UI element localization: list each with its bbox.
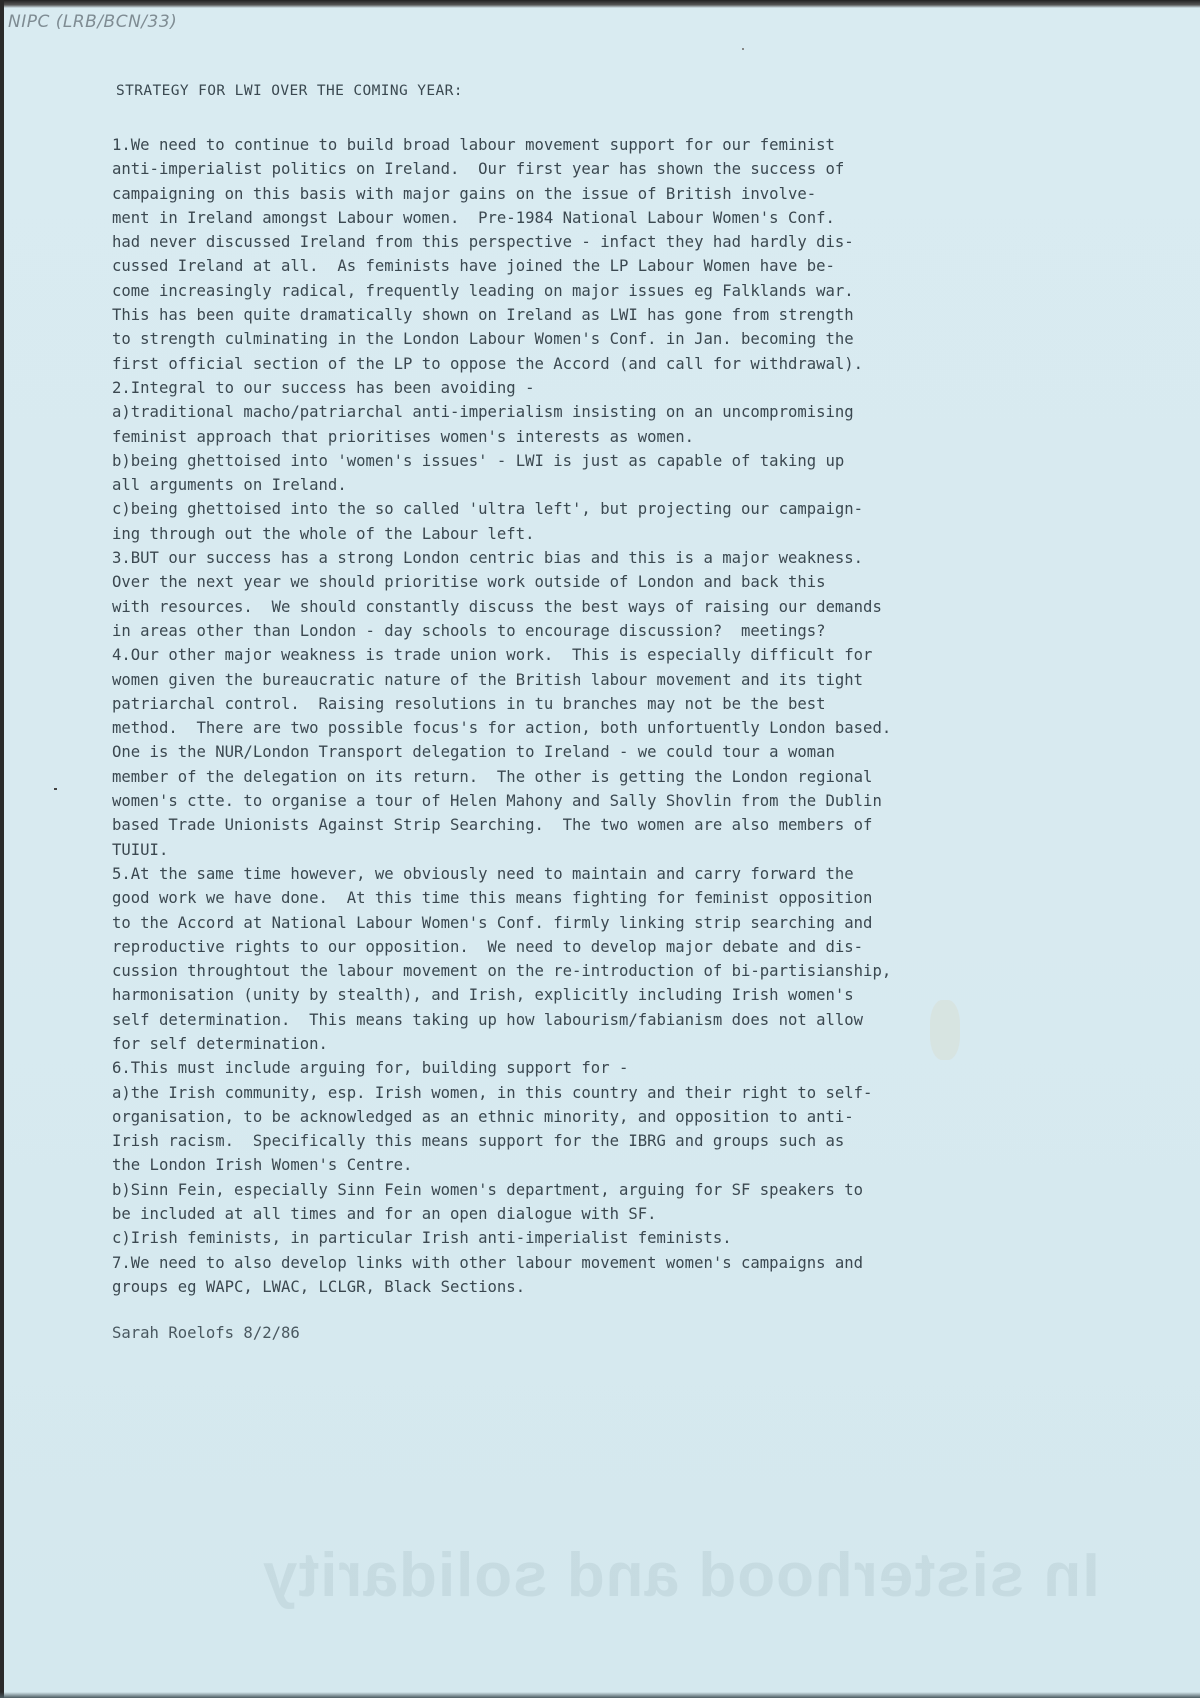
text-line: first official section of the LP to oppo… [112,352,1152,376]
text-line: a)traditional macho/patriarchal anti-imp… [112,400,1152,424]
text-line: the London Irish Women's Centre. [112,1153,1152,1177]
signature: Sarah Roelofs 8/2/86 [112,1324,300,1342]
text-line: to the Accord at National Labour Women's… [112,911,1152,935]
text-line: patriarchal control. Raising resolutions… [112,692,1152,716]
text-line: campaigning on this basis with major gai… [112,182,1152,206]
text-line: in areas other than London - day schools… [112,619,1152,643]
text-line: come increasingly radical, frequently le… [112,279,1152,303]
text-line: This has been quite dramatically shown o… [112,303,1152,327]
text-line: ing through out the whole of the Labour … [112,522,1152,546]
text-line: Irish racism. Specifically this means su… [112,1129,1152,1153]
text-line: 3.BUT our success has a strong London ce… [112,546,1152,570]
text-line: feminist approach that prioritises women… [112,425,1152,449]
text-line: b)being ghettoised into 'women's issues'… [112,449,1152,473]
text-line: had never discussed Ireland from this pe… [112,230,1152,254]
text-line: b)Sinn Fein, especially Sinn Fein women'… [112,1178,1152,1202]
text-line: for self determination. [112,1032,1152,1056]
text-line: all arguments on Ireland. [112,473,1152,497]
text-line: 7.We need to also develop links with oth… [112,1251,1152,1275]
text-line: cussed Ireland at all. As feminists have… [112,254,1152,278]
text-line: organisation, to be acknowledged as an e… [112,1105,1152,1129]
text-line: self determination. This means taking up… [112,1008,1152,1032]
scan-bottom-edge [0,1692,1200,1698]
scanned-page: NIPC (LRB/BCN/33) STRATEGY FOR LWI OVER … [0,0,1200,1698]
text-line: member of the delegation on its return. … [112,765,1152,789]
text-line: to strength culminating in the London La… [112,327,1152,351]
text-line: a)the Irish community, esp. Irish women,… [112,1081,1152,1105]
document-title: STRATEGY FOR LWI OVER THE COMING YEAR: [116,83,463,99]
text-line: 1.We need to continue to build broad lab… [112,133,1152,157]
text-line: harmonisation (unity by stealth), and Ir… [112,983,1152,1007]
text-line: method. There are two possible focus's f… [112,716,1152,740]
text-line: Over the next year we should prioritise … [112,570,1152,594]
text-line: TUIUI. [112,838,1152,862]
text-line: based Trade Unionists Against Strip Sear… [112,813,1152,837]
text-line: anti-imperialist politics on Ireland. Ou… [112,157,1152,181]
text-line: 2.Integral to our success has been avoid… [112,376,1152,400]
text-line: One is the NUR/London Transport delegati… [112,740,1152,764]
text-line: groups eg WAPC, LWAC, LCLGR, Black Secti… [112,1275,1152,1299]
text-line: 4.Our other major weakness is trade unio… [112,643,1152,667]
text-line: good work we have done. At this time thi… [112,886,1152,910]
text-line: ment in Ireland amongst Labour women. Pr… [112,206,1152,230]
scan-left-edge [0,0,4,1698]
text-line: with resources. We should constantly dis… [112,595,1152,619]
text-line: cussion throughtout the labour movement … [112,959,1152,983]
document-body: 1.We need to continue to build broad lab… [112,133,1152,1299]
archive-reference: NIPC (LRB/BCN/33) [8,12,177,32]
text-line: 6.This must include arguing for, buildin… [112,1056,1152,1080]
text-line: be included at all times and for an open… [112,1202,1152,1226]
text-line: women's ctte. to organise a tour of Hele… [112,789,1152,813]
text-line: c)being ghettoised into the so called 'u… [112,497,1152,521]
speck-mark [742,48,744,50]
text-line: 5.At the same time however, we obviously… [112,862,1152,886]
text-line: women given the bureaucratic nature of t… [112,668,1152,692]
scan-top-edge [0,0,1200,8]
speck-mark [54,788,57,790]
show-through-text: In sisterhood and solidarity [262,1540,1100,1611]
text-line: reproductive rights to our opposition. W… [112,935,1152,959]
text-line: c)Irish feminists, in particular Irish a… [112,1226,1152,1250]
